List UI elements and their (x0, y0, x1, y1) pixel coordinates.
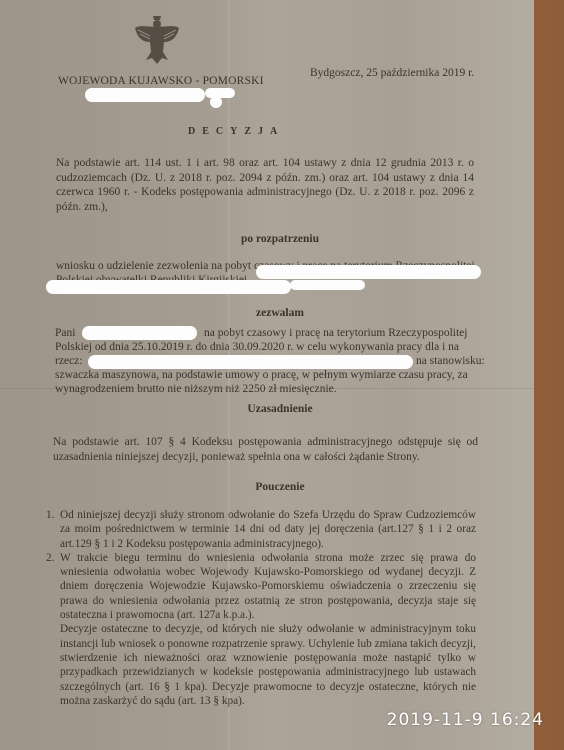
redaction (256, 265, 481, 279)
redaction (205, 88, 235, 98)
permit-line4: szwaczka maszynowa, na podstawie umowy o… (55, 368, 480, 383)
heading-permit: zezwalam (180, 307, 380, 319)
redaction (85, 88, 205, 102)
issuer-name: WOJEWODA KUJAWSKO - POMORSKI (58, 75, 264, 87)
redaction (290, 280, 365, 290)
permit-line3-b: na stanowisku: (416, 354, 496, 369)
redaction (46, 280, 291, 294)
redaction (210, 96, 222, 108)
document-title: DECYZJA (188, 126, 284, 137)
document-paper: WOJEWODA KUJAWSKO - POMORSKI Bydgoszcz, … (0, 0, 534, 750)
instruction-item: 2. W trakcie biegu terminu do wniesienia… (46, 551, 476, 622)
instruction-list: 1. Od niniejszej decyzji służy stronom o… (46, 508, 476, 708)
heading-instruction: Pouczenie (180, 481, 380, 493)
legal-basis: Na podstawie art. 114 ust. 1 i art. 98 o… (56, 156, 474, 214)
heading-considered: po rozpatrzeniu (180, 233, 380, 245)
heading-justification: Uzasadnienie (180, 403, 380, 415)
place-date: Bydgoszcz, 25 października 2019 r. (310, 67, 474, 79)
polish-eagle-emblem-icon (132, 12, 182, 68)
permit-line1: na pobyt czasowy i pracę na terytorium R… (204, 326, 480, 341)
instruction-continuation: Decyzje ostateczne to decyzje, od któryc… (46, 622, 476, 708)
instruction-item: 1. Od niniejszej decyzji służy stronom o… (46, 508, 476, 551)
permit-salutation: Pani (55, 326, 85, 341)
permit-line5: wynagrodzeniem brutto nie niższym niż 22… (55, 382, 480, 397)
redaction (88, 355, 413, 369)
justification-text: Na podstawie art. 107 § 4 Kodeksu postęp… (53, 435, 478, 464)
photo-timestamp: 2019-11-9 16:24 (387, 710, 544, 730)
redaction (82, 326, 197, 340)
permit-line2: Polskiej od dnia 25.10.2019 r. do dnia 3… (55, 340, 480, 355)
